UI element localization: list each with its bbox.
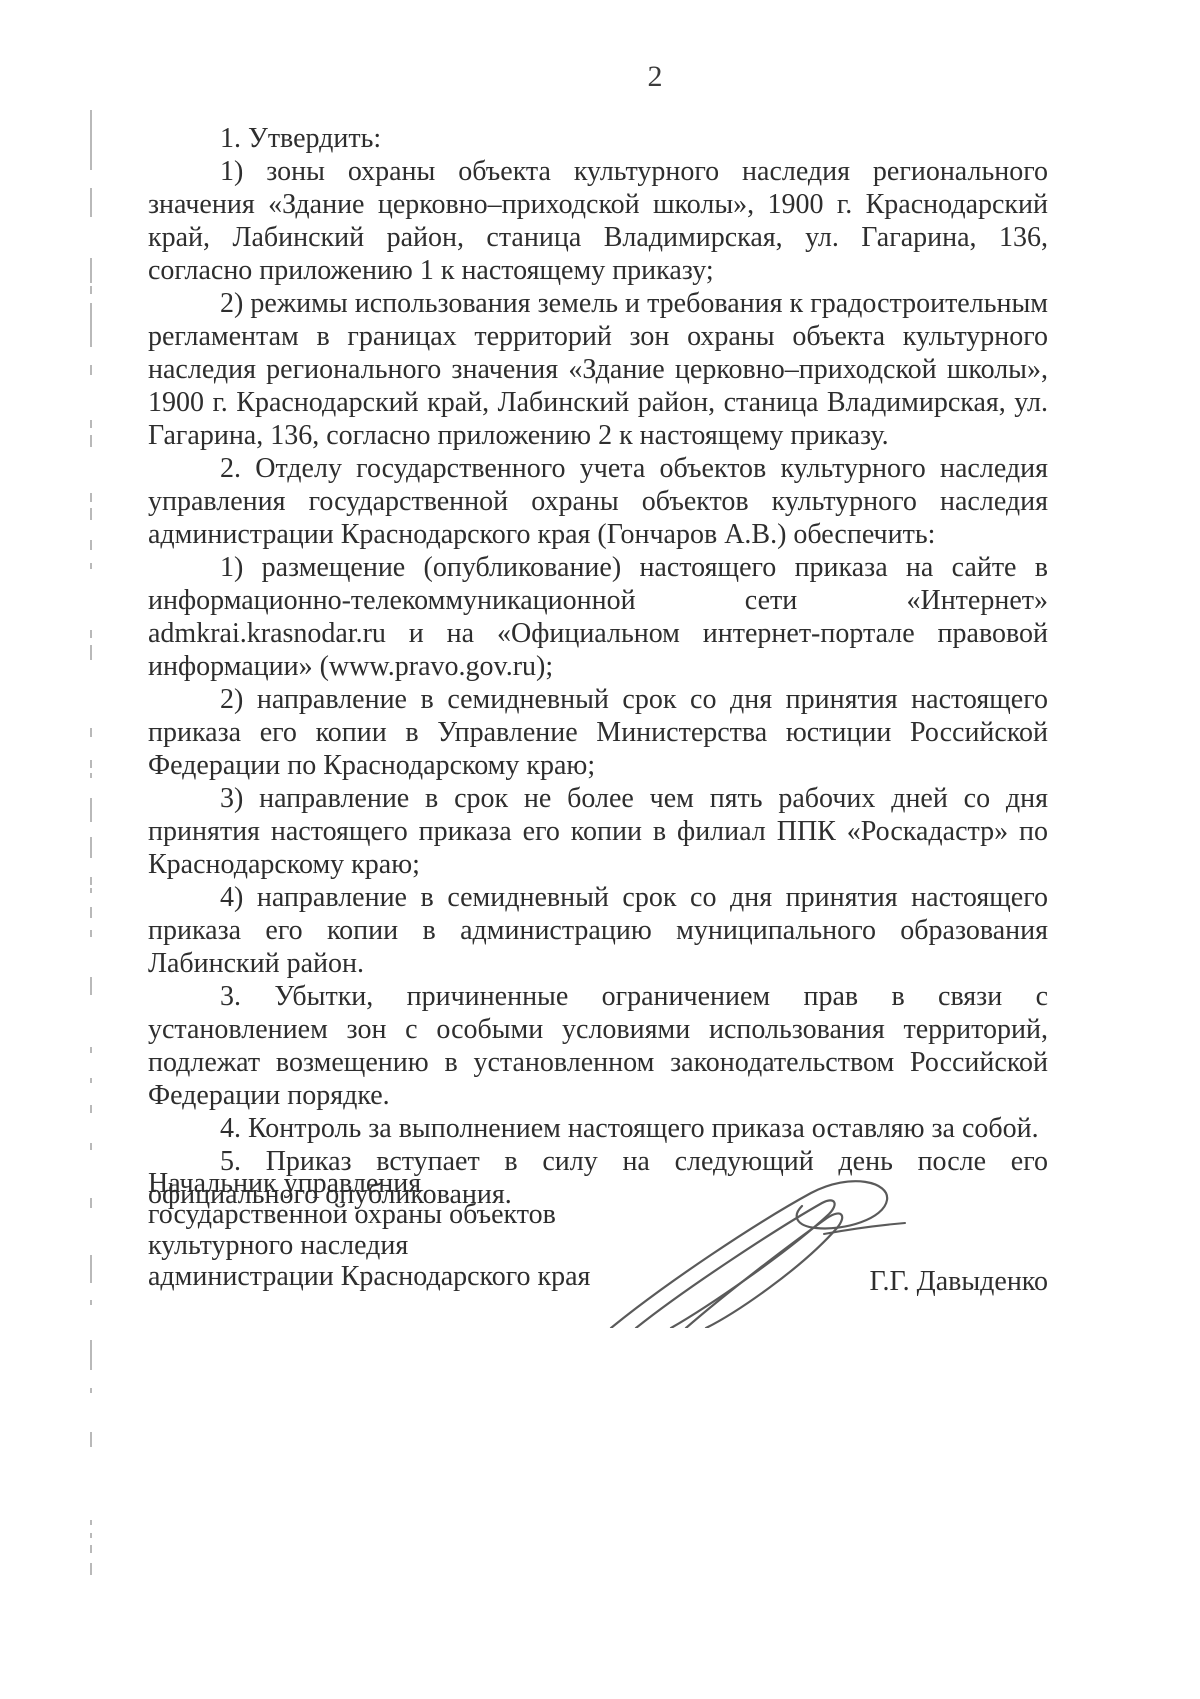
signature-position-line: государственной охраны объектов <box>148 1199 668 1230</box>
scan-artifact-dash <box>90 435 92 447</box>
signature-position-line: культурного наследия <box>148 1230 668 1261</box>
scan-artifact-dash <box>90 760 92 768</box>
scan-artifact-dash <box>90 1255 92 1283</box>
handwritten-signature-icon <box>596 1178 908 1328</box>
scan-artifact-dash <box>90 630 92 638</box>
scan-artifact-dash <box>90 1078 92 1083</box>
scan-artifact-dash <box>90 773 92 778</box>
scan-artifact-dash <box>90 1198 92 1208</box>
scan-artifact-dash <box>90 1340 92 1370</box>
scan-artifact-dash <box>90 1520 92 1525</box>
signature-position-line: Начальник управления <box>148 1168 668 1199</box>
scan-artifact-dash <box>90 877 92 885</box>
scan-artifact-dash <box>90 977 92 995</box>
scan-artifact-dash <box>90 188 92 217</box>
scanned-page: 2 1. Утвердить:1) зоны охраны объекта ку… <box>0 0 1200 1699</box>
paragraph: 1. Утвердить: <box>148 122 1048 155</box>
scan-artifact-dash <box>90 365 92 375</box>
scan-artifact-dash <box>90 303 92 347</box>
scan-artifact-dash <box>90 1143 92 1150</box>
scan-artifact-dash <box>90 907 92 918</box>
paragraph: 4. Контроль за выполнением настоящего пр… <box>148 1112 1048 1145</box>
paragraph: 3. Убытки, причиненные ограничением прав… <box>148 980 1048 1112</box>
scan-artifact-dash <box>90 1047 92 1053</box>
scan-artifact-dash <box>90 1533 92 1538</box>
scan-artifact-dash <box>90 837 92 858</box>
scan-artifact-dash <box>90 420 92 428</box>
scan-artifact-dash <box>90 563 92 569</box>
scan-artifact-dash <box>90 1432 92 1447</box>
page-number: 2 <box>600 60 710 94</box>
paragraph: 1) размещение (опубликование) настоящего… <box>148 551 1048 683</box>
paragraph: 4) направление в семидневный срок со дня… <box>148 881 1048 980</box>
scan-artifact-dash <box>90 540 92 550</box>
paragraph: 2. Отделу государственного учета объекто… <box>148 452 1048 551</box>
document-body: 1. Утвердить:1) зоны охраны объекта куль… <box>148 122 1048 1211</box>
scan-artifact-dash <box>90 508 92 520</box>
signature-position-line: администрации Краснодарского края <box>148 1261 668 1292</box>
scan-artifact-dash <box>90 258 92 283</box>
signature-position-lines: Начальник управлениягосударственной охра… <box>148 1168 668 1292</box>
scan-artifact-dash <box>90 645 92 660</box>
paragraph: 1) зоны охраны объекта культурного насле… <box>148 155 1048 287</box>
scan-artifact-dash <box>90 888 92 893</box>
scan-artifact-dash <box>90 493 92 502</box>
paragraph: 3) направление в срок не более чем пять … <box>148 782 1048 881</box>
scan-artifact-dash <box>90 286 92 294</box>
paragraph: 2) режимы использования земель и требова… <box>148 287 1048 452</box>
scan-artifact-dash <box>90 1545 92 1553</box>
scan-artifact-dash <box>90 798 92 822</box>
paragraph: 2) направление в семидневный срок со дня… <box>148 683 1048 782</box>
scan-artifact-dash <box>90 728 92 737</box>
scan-artifact-dash <box>90 1105 92 1113</box>
signatory-name: Г.Г. Давыденко <box>858 1266 1048 1298</box>
scan-artifact-dash <box>90 1563 92 1575</box>
scan-artifact-dash <box>90 110 92 170</box>
scan-artifact-dash <box>90 1388 92 1393</box>
scan-artifact-dash <box>90 930 92 937</box>
scan-artifact-dash <box>90 1300 92 1305</box>
